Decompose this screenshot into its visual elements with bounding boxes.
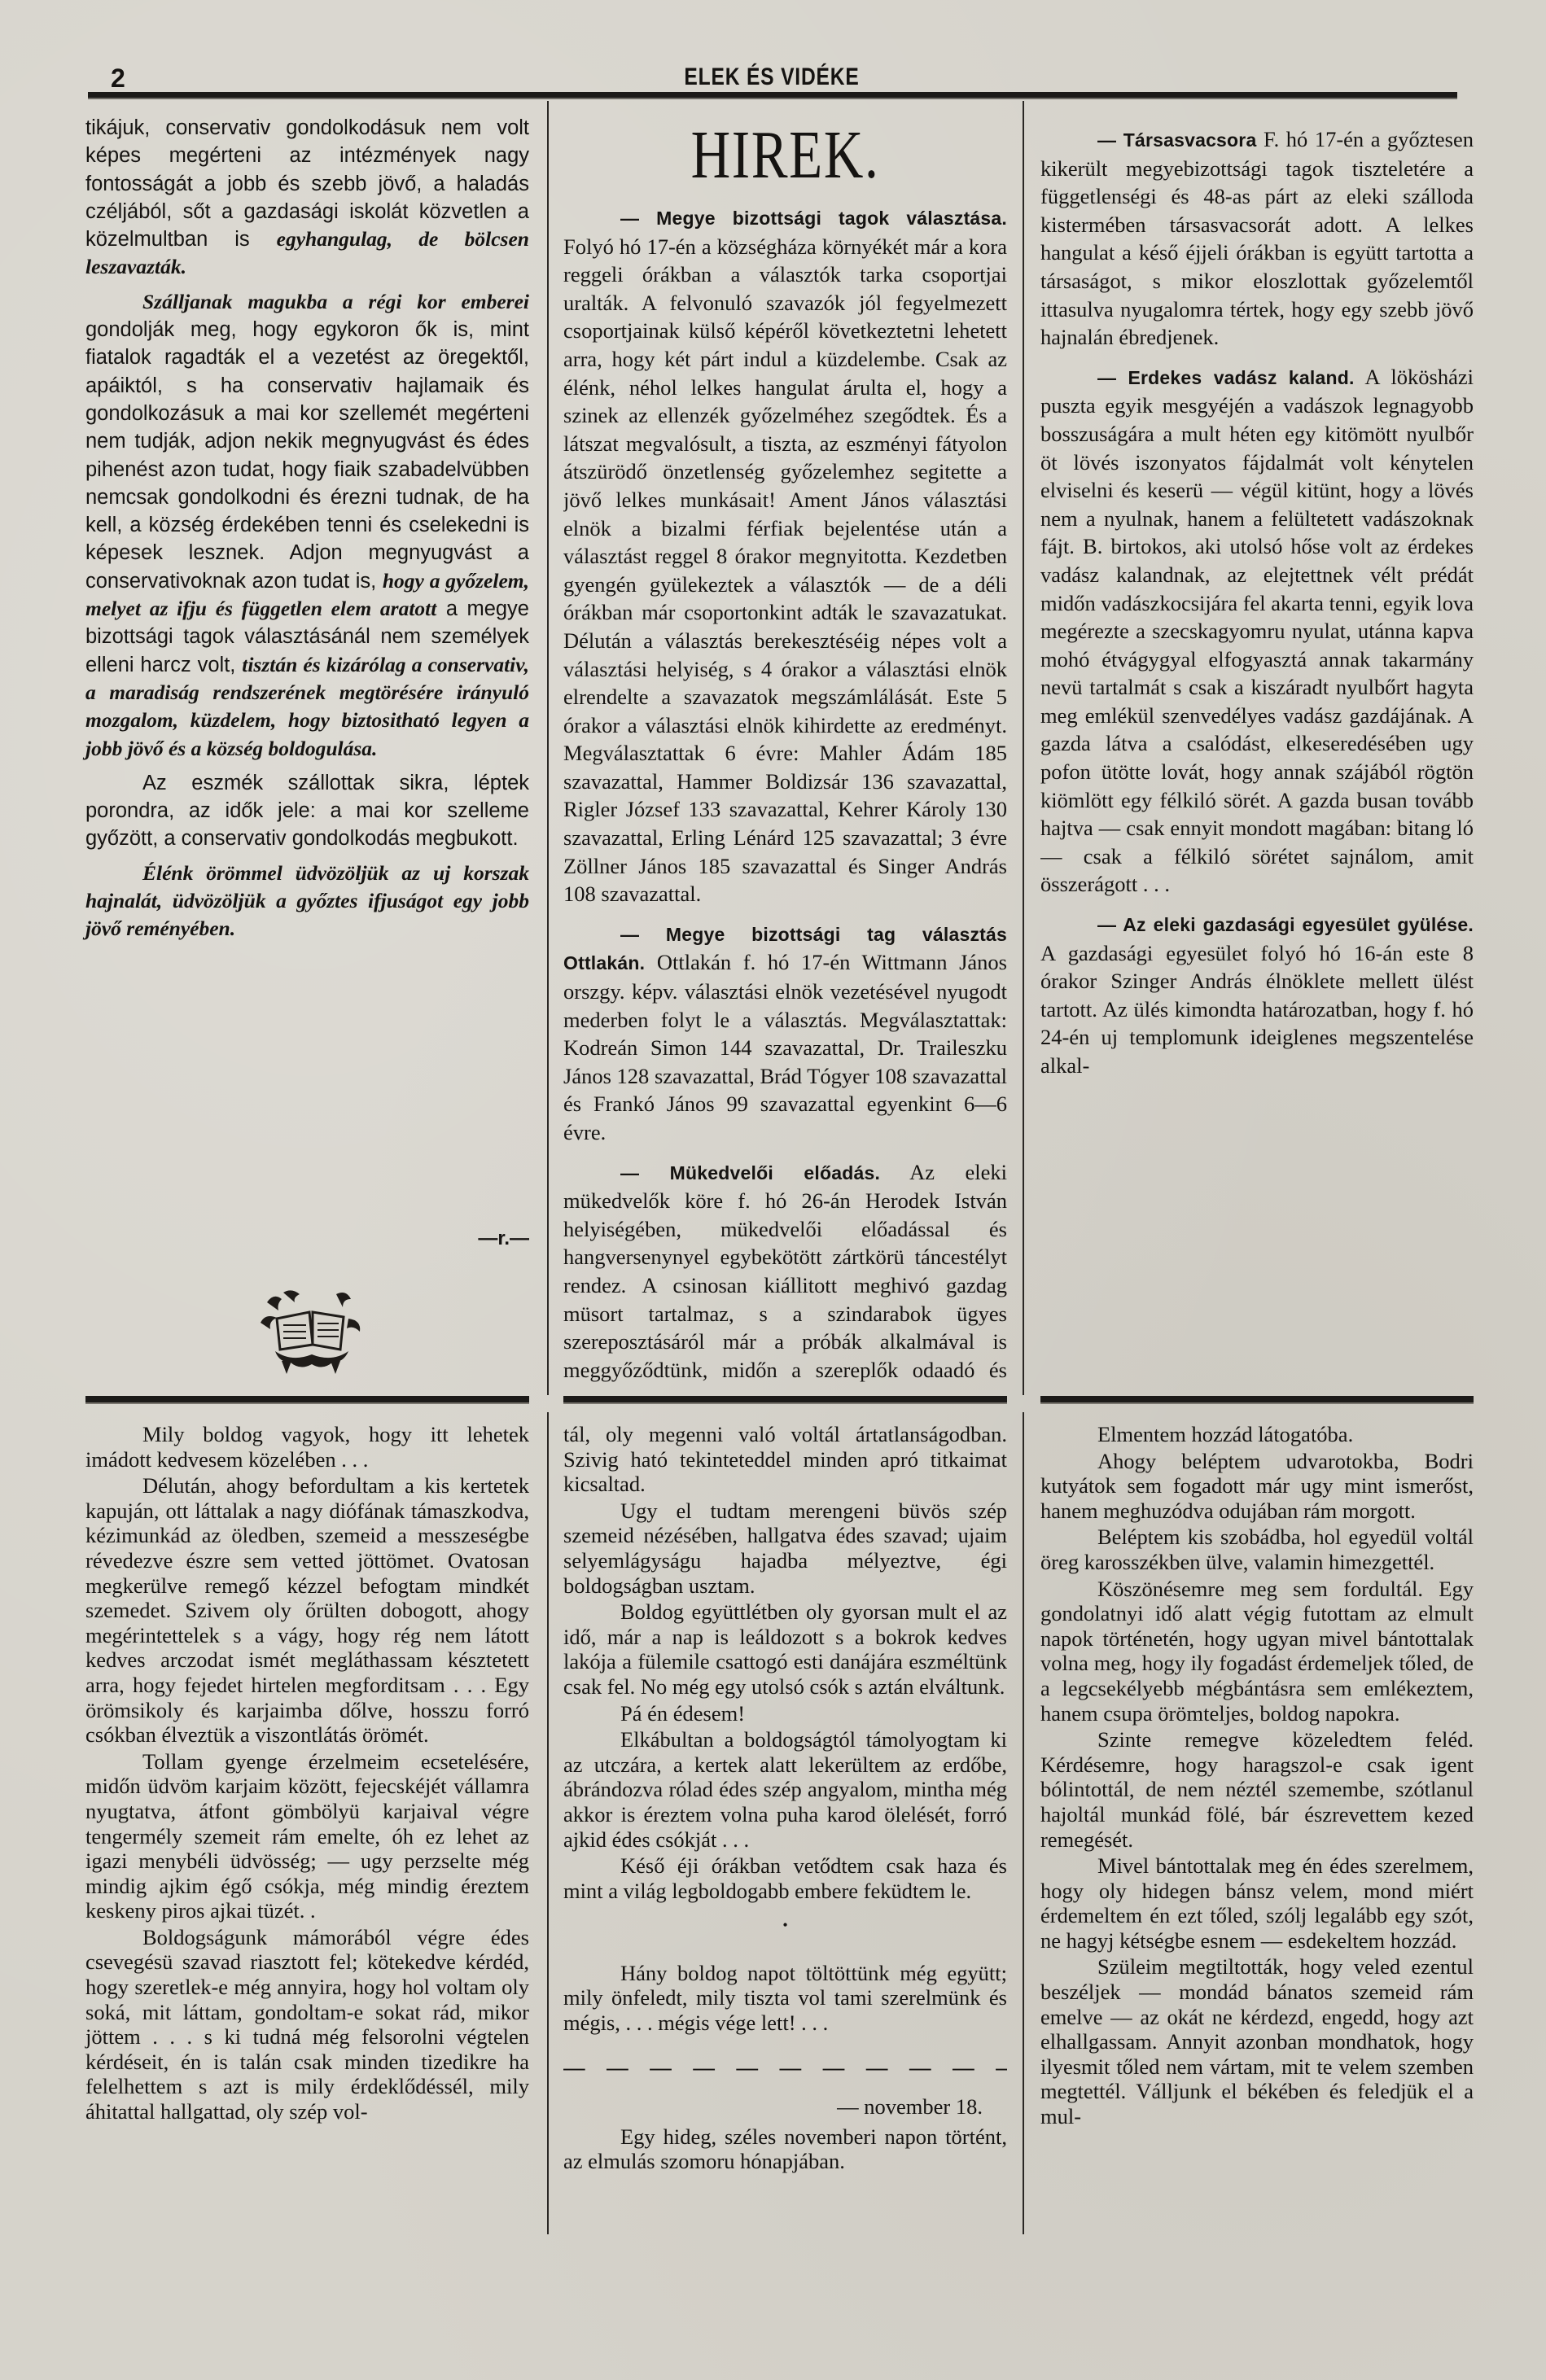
open-book-ornament-icon [259, 1286, 365, 1376]
feuilleton-paragraph: Délután, ahogy befordultam a kis kertete… [85, 1473, 529, 1748]
section-star-divider: • [563, 1913, 1007, 1938]
news-body: Ottlakán f. hó 17-én Wittmann János orsz… [563, 950, 1007, 1144]
feuilleton-paragraph: Elmentem hozzád látogatóba. [1040, 1422, 1474, 1447]
emphasized-text: Élénk örömmel üdvözöljük az uj korszak h… [85, 861, 529, 941]
news-body: Az eleki mükedvelők köre f. hó 26-án Her… [563, 1160, 1007, 1384]
feuilleton-paragraph: Ugy el tudtam merengeni büvös szép szeme… [563, 1498, 1007, 1598]
news-item: — Megye bizottsági tagok választása. Fol… [563, 203, 1007, 908]
feuilleton-column-1: Mily boldog vagyok, hogy itt lehetek imá… [85, 1420, 529, 2124]
editorial-paragraph: tikájuk, conservativ gondolkodásuk nem v… [85, 114, 529, 282]
news-headline: — Társasvacsora [1097, 129, 1256, 151]
dateline: — november 18. [563, 2094, 1007, 2120]
editorial-paragraph: Az eszmék szállottak sikra, léptek poron… [85, 769, 529, 853]
author-signature: —r.— [85, 1227, 586, 1250]
feuilleton-paragraph: Szinte remegve közeledtem feléd. Kérdése… [1040, 1727, 1474, 1852]
column-divider [547, 1412, 549, 2234]
dashed-separator: — — — — — — — — — — — — — [563, 2055, 1007, 2080]
feuilleton-paragraph: Egy hideg, széles novemberi napon történ… [563, 2124, 1007, 2174]
emphasized-text: Szálljanak magukba a régi kor emberei [142, 290, 529, 313]
news-item: — Az eleki gazdasági egyesület gyülése. … [1040, 910, 1474, 1080]
news-item: — Társasvacsora F. hó 17-én a győztesen … [1040, 125, 1474, 352]
column-divider [1023, 1412, 1024, 2234]
news-headline: — Erdekes vadász kaland. [1097, 367, 1355, 388]
body-text: gondolják meg, hogy egykoron ők is, mint… [85, 318, 529, 593]
newspaper-title: ELEK ÉS VIDÉKE [211, 63, 1333, 91]
news-headline: — Megye bizottsági tagok választása. [620, 208, 1007, 229]
news-body: F. hó 17-én a győztesen kikerült megyebi… [1040, 127, 1474, 349]
body-text: Az eszmék szállottak sikra, léptek poron… [85, 772, 529, 851]
feuilleton-column-3: Elmentem hozzád látogatóba.Ahogy belépte… [1040, 1420, 1474, 2129]
feuilleton-paragraph: Pá én édesem! [563, 1701, 1007, 1726]
news-item: — Megye bizottsági tag választás Ottlaká… [563, 920, 1007, 1147]
masthead-rule [88, 92, 1457, 99]
section-rule [563, 1396, 1007, 1404]
feuilleton-paragraph: Köszönésemre meg sem fordultál. Egy gond… [1040, 1577, 1474, 1726]
feuilleton-paragraph: Szüleim megtiltották, hogy veled ezentul… [1040, 1954, 1474, 2128]
news-body: A lökösházi puszta egyik mesgyéjén a vad… [1040, 365, 1474, 897]
news-item: — Mükedvelői előadás. Az eleki mükedvelő… [563, 1158, 1007, 1384]
news-section-title: HIREK. [608, 119, 963, 192]
news-column-continued: — Társasvacsora F. hó 17-én a győztesen … [1040, 114, 1474, 1384]
feuilleton-paragraph: Tollam gyenge érzelmeim ecsetelésére, mi… [85, 1749, 529, 1923]
news-item: — Erdekes vadász kaland. A lökösházi pus… [1040, 363, 1474, 899]
feuilleton-paragraph: tál, oly megenni való voltál ártatlanság… [563, 1422, 1007, 1497]
feuilleton-column-2: tál, oly megenni való voltál ártatlanság… [563, 1420, 1007, 2174]
column-divider [1023, 101, 1024, 1395]
editorial-paragraph: Szálljanak magukba a régi kor emberei go… [85, 288, 529, 763]
column-divider [547, 101, 549, 1395]
news-body: A gazdasági egyesület folyó hó 16-án est… [1040, 941, 1474, 1078]
news-body: Folyó hó 17-én a községháza környékét má… [563, 234, 1007, 907]
editorial-column: tikájuk, conservativ gondolkodásuk nem v… [85, 114, 529, 943]
feuilleton-paragraph: Mivel bántottalak meg én édes szerelmem,… [1040, 1853, 1474, 1953]
news-headline: — Az eleki gazdasági egyesület gyülése. [1097, 914, 1474, 935]
news-headline: — Mükedvelői előadás. [620, 1162, 880, 1183]
feuilleton-paragraph: Elkábultan a boldogságtól támolyogtam ki… [563, 1727, 1007, 1852]
section-rule [85, 1396, 529, 1404]
masthead: 2 ELEK ÉS VIDÉKE [88, 63, 1456, 93]
editorial-paragraph: Élénk örömmel üdvözöljük az uj korszak h… [85, 860, 529, 943]
newspaper-page: 2 ELEK ÉS VIDÉKE tikájuk, conservativ go… [0, 0, 1546, 2380]
feuilleton-paragraph: Boldogságunk mámorából végre édes cseveg… [85, 1925, 529, 2124]
feuilleton-paragraph: Beléptem kis szobádba, hol egyedül voltá… [1040, 1525, 1474, 1574]
section-rule [1040, 1396, 1474, 1404]
feuilleton-paragraph: Boldog együttlétben oly gyorsan mult el … [563, 1599, 1007, 1699]
feuilleton-paragraph: Mily boldog vagyok, hogy itt lehetek imá… [85, 1422, 529, 1472]
feuilleton-paragraph: Ahogy beléptem udvarotokba, Bodri kutyát… [1040, 1449, 1474, 1524]
news-column: HIREK. — Megye bizottsági tagok választá… [563, 114, 1007, 1384]
page-number: 2 [111, 63, 125, 94]
feuilleton-paragraph: Hány boldog napot töltöttünk még együtt;… [563, 1961, 1007, 2036]
feuilleton-paragraph: Késő éji órákban vetődtem csak haza és m… [563, 1853, 1007, 1903]
